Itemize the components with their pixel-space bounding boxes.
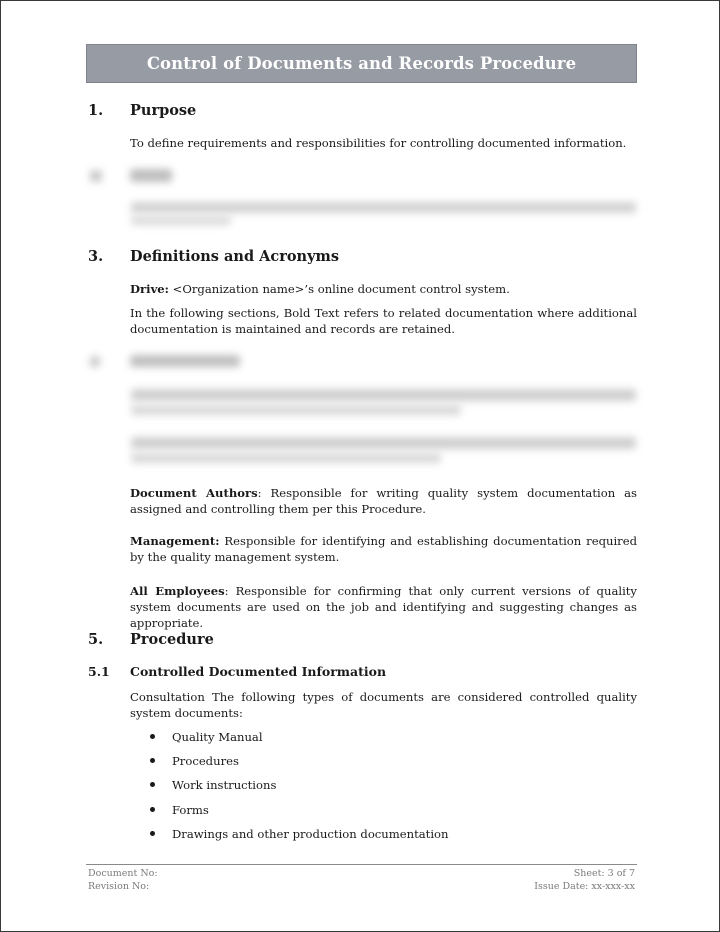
list-item-text: Work instructions bbox=[172, 778, 276, 792]
bullet-icon bbox=[150, 734, 155, 739]
section-1-number: 1. bbox=[88, 102, 103, 119]
section-3-title: Definitions and Acronyms bbox=[130, 248, 339, 265]
bullet-icon bbox=[150, 782, 155, 787]
blurred-text-line bbox=[131, 202, 636, 213]
sheet-number: Sheet: 3 of 7 bbox=[534, 867, 635, 880]
definition-term: Drive: bbox=[130, 282, 169, 296]
footer-divider bbox=[86, 864, 637, 865]
responsibility-term: Document Authors bbox=[130, 486, 258, 500]
revision-no-label: Revision No: bbox=[88, 880, 158, 893]
section-1-title: Purpose bbox=[130, 102, 196, 119]
list-item-text: Quality Manual bbox=[172, 730, 263, 744]
blurred-section-title bbox=[130, 355, 240, 367]
controlled-documents-list: Quality Manual Procedures Work instructi… bbox=[130, 728, 448, 849]
responsibility-management: Management: Responsible for identifying … bbox=[130, 533, 637, 565]
section-5-title: Procedure bbox=[130, 631, 214, 648]
section-5-number: 5. bbox=[88, 631, 103, 648]
list-item-text: Procedures bbox=[172, 754, 239, 768]
blurred-text-line bbox=[131, 389, 636, 401]
responsibility-document-authors: Document Authors: Responsible for writin… bbox=[130, 485, 637, 517]
document-title-banner: Control of Documents and Records Procedu… bbox=[86, 44, 637, 83]
list-item: Work instructions bbox=[130, 776, 448, 800]
blurred-text-line bbox=[131, 437, 636, 449]
list-item: Forms bbox=[130, 801, 448, 825]
responsibility-term: All Employees bbox=[130, 584, 225, 598]
subsection-5-1-title: Controlled Documented Information bbox=[130, 664, 386, 679]
blurred-text-line bbox=[131, 405, 461, 415]
list-item-text: Drawings and other production documentat… bbox=[172, 827, 448, 841]
list-item-text: Forms bbox=[172, 803, 209, 817]
subsection-5-1-number: 5.1 bbox=[88, 664, 110, 679]
definition-text: <Organization name>’s online document co… bbox=[169, 282, 510, 296]
document-no-label: Document No: bbox=[88, 867, 158, 880]
document-page: Control of Documents and Records Procedu… bbox=[0, 0, 720, 932]
document-title: Control of Documents and Records Procedu… bbox=[147, 54, 576, 73]
subsection-5-1-body: Consultation The following types of docu… bbox=[130, 689, 637, 721]
section-1-body: To define requirements and responsibilit… bbox=[130, 135, 637, 151]
footer-right: Sheet: 3 of 7 Issue Date: xx-xxx-xx bbox=[534, 867, 635, 893]
bullet-icon bbox=[150, 831, 155, 836]
list-item: Procedures bbox=[130, 752, 448, 776]
bullet-icon bbox=[150, 758, 155, 763]
blurred-section-title bbox=[130, 169, 172, 182]
list-item: Quality Manual bbox=[130, 728, 448, 752]
blurred-text-line bbox=[131, 216, 231, 225]
list-item: Drawings and other production documentat… bbox=[130, 825, 448, 849]
footer-left: Document No: Revision No: bbox=[88, 867, 158, 893]
blurred-section-number bbox=[90, 356, 100, 367]
responsibility-term: Management: bbox=[130, 534, 219, 548]
bullet-icon bbox=[150, 807, 155, 812]
blurred-text-line bbox=[131, 453, 441, 463]
definition-drive: Drive: <Organization name>’s online docu… bbox=[130, 281, 637, 297]
issue-date: Issue Date: xx-xxx-xx bbox=[534, 880, 635, 893]
section-3-number: 3. bbox=[88, 248, 103, 265]
blurred-section-number bbox=[90, 170, 102, 182]
responsibility-all-employees: All Employees: Responsible for confirmin… bbox=[130, 583, 637, 631]
section-3-body: In the following sections, Bold Text ref… bbox=[130, 305, 637, 337]
